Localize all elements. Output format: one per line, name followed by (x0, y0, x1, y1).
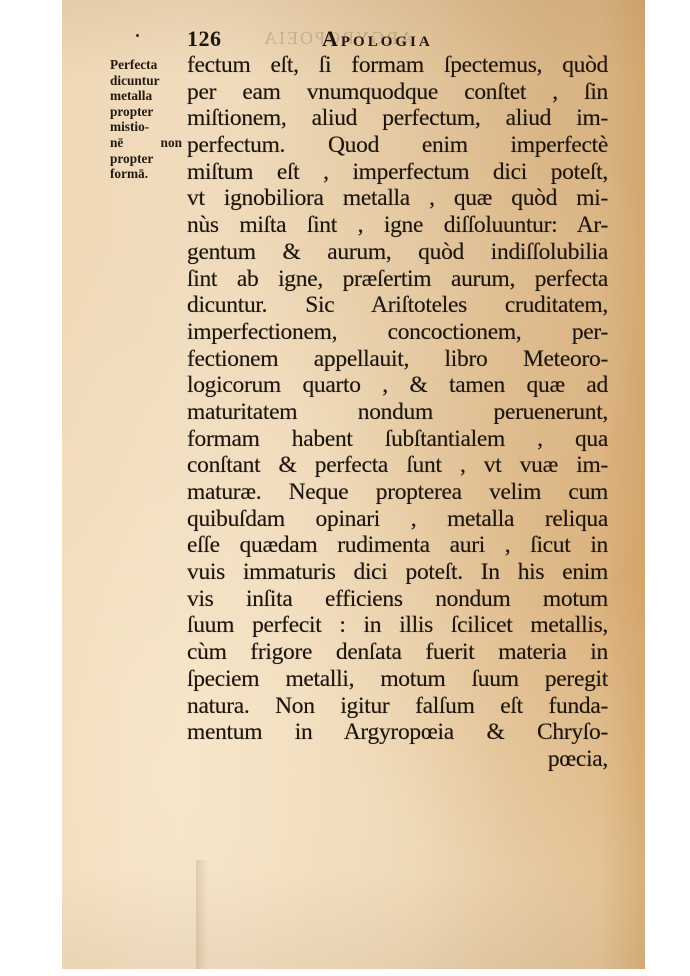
margin-note-line: metalla (110, 88, 182, 104)
margin-note-line: propter (110, 151, 182, 167)
text-line: vis inſita efficiens nondum motum (187, 586, 608, 613)
margin-note-line: propter (110, 104, 182, 120)
text-line: vuis immaturis dici poteſt. In his enim (187, 559, 608, 586)
text-line: formam habent ſubſtantialem , qua (187, 426, 608, 453)
catchword: pœcia, (187, 746, 608, 773)
text-line: maturæ. Neque propterea velim cum (187, 479, 608, 506)
text-line: gentum & aurum, quòd indiſſolubilia (187, 239, 608, 266)
marginal-note: Perfecta dicuntur metalla propter mistio… (110, 57, 182, 182)
text-line: ſpeciem metalli, motum ſuum peregit (187, 666, 608, 693)
text-line: fectionem appellauit, libro Meteoro- (187, 346, 608, 373)
margin-note-line: formā. (110, 166, 182, 182)
text-line: quibuſdam opinari , metalla reliqua (187, 506, 608, 533)
margin-note-line: mistio- (110, 119, 182, 135)
page-number: 126 (187, 26, 222, 52)
text-line: maturitatem nondum peruenerunt, (187, 399, 608, 426)
text-line: imperfectionem, concoctionem, per- (187, 319, 608, 346)
text-line: ſint ab igne, præſertim aurum, perfecta (187, 266, 608, 293)
running-title: Apologia (322, 26, 433, 52)
main-text-block: fectum eſt, ſi formam ſpectemus, quòd pe… (187, 52, 608, 773)
text-line: nùs miſta ſint , igne diſſoluuntur: Ar- (187, 212, 608, 239)
text-line: miſtum eſt , imperfectum dici poteſt, (187, 159, 608, 186)
margin-note-line: nē non (110, 135, 182, 151)
ink-speck (136, 34, 139, 37)
page-crease (196, 860, 208, 969)
text-line: natura. Non igitur falſum eſt funda- (187, 693, 608, 720)
text-line: vt ignobiliora metalla , quæ quòd mi- (187, 185, 608, 212)
text-line: dicuntur. Sic Ariſtoteles cruditatem, (187, 292, 608, 319)
text-line: per eam vnumquodque conſtet , ſin (187, 79, 608, 106)
text-line: logicorum quarto , & tamen quæ ad (187, 372, 608, 399)
text-line: mentum in Argyropœia & Chryſo- (187, 719, 608, 746)
text-line: miſtionem, aliud perfectum, aliud im- (187, 105, 608, 132)
text-line: eſſe quædam rudimenta auri , ſicut in (187, 532, 608, 559)
margin-note-line: Perfecta (110, 57, 182, 73)
text-line: perfectum. Quod enim imperfectè (187, 132, 608, 159)
text-line: cùm frigore denſata fuerit materia in (187, 639, 608, 666)
text-line: conſtant & perfecta ſunt , vt vuæ im- (187, 452, 608, 479)
text-line: ſuum perfecit : in illis ſcilicet metall… (187, 612, 608, 639)
text-line: fectum eſt, ſi formam ſpectemus, quòd (187, 52, 608, 79)
margin-note-line: dicuntur (110, 73, 182, 89)
